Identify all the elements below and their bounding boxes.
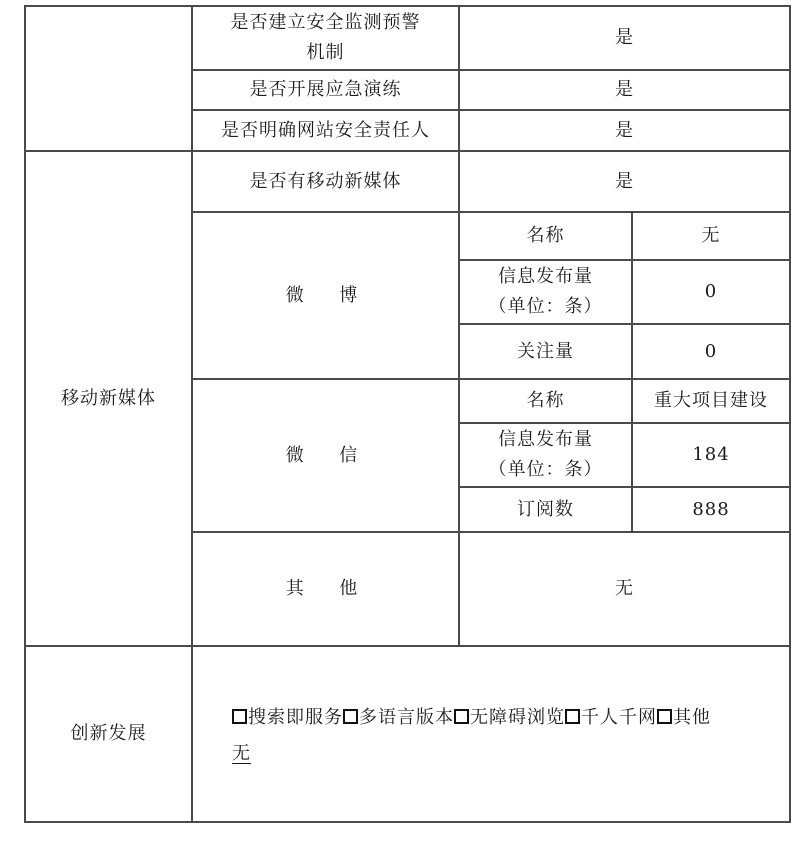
- question-text: 是否明确网站安全责任人: [221, 116, 430, 146]
- field-value: 0: [705, 277, 717, 307]
- wechat-posts-value: 184: [633, 424, 789, 486]
- option-multilingual[interactable]: 多语言版本: [343, 707, 454, 728]
- field-label-line2: （单位：条）: [489, 455, 603, 485]
- option-label: 多语言版本: [359, 707, 454, 728]
- section-label-text: 创新发展: [71, 719, 147, 749]
- answer-text: 是: [615, 23, 634, 53]
- answer-text: 是: [615, 116, 634, 146]
- field-label-line1: 信息发布量: [498, 425, 593, 455]
- other-media-label: 其 他: [193, 533, 458, 645]
- has-mobile-media-question: 是否有移动新媒体: [193, 152, 458, 211]
- weibo-label: 微 博: [193, 213, 458, 378]
- field-label: 关注量: [517, 337, 574, 367]
- has-mobile-media-answer: 是: [460, 152, 789, 211]
- field-label-line1: 信息发布量: [498, 262, 593, 292]
- weibo-followers-label: 关注量: [460, 325, 631, 378]
- weibo-name-value: 无: [633, 213, 789, 259]
- field-label: 名称: [527, 221, 565, 251]
- field-value: 184: [692, 440, 729, 470]
- field-value: 无: [702, 221, 721, 251]
- option-accessibility[interactable]: 无障碍浏览: [454, 707, 565, 728]
- option-label: 搜索即服务: [248, 707, 343, 728]
- security-answer-monitoring: 是: [460, 7, 789, 69]
- checkbox-icon[interactable]: [565, 709, 580, 724]
- other-media-value: 无: [460, 533, 789, 645]
- checkbox-icon[interactable]: [454, 709, 469, 724]
- question-text: 是否开展应急演练: [250, 75, 402, 105]
- wechat-posts-label: 信息发布量 （单位：条）: [460, 424, 631, 486]
- wechat-name-label: 名称: [460, 380, 631, 422]
- question-text-line1: 是否建立安全监测预警: [231, 8, 421, 38]
- answer-text: 是: [615, 167, 634, 197]
- wechat-subscribers-label: 订阅数: [460, 488, 631, 531]
- security-answer-responsible-person: 是: [460, 111, 789, 150]
- option-search-as-service[interactable]: 搜索即服务: [232, 707, 343, 728]
- question-text-line2: 机制: [307, 38, 345, 68]
- security-question-responsible-person: 是否明确网站安全责任人: [193, 111, 458, 150]
- question-text: 是否有移动新媒体: [250, 167, 402, 197]
- weibo-name-label: 名称: [460, 213, 631, 259]
- checkbox-icon[interactable]: [343, 709, 358, 724]
- checkbox-icon[interactable]: [232, 709, 247, 724]
- other-text-field[interactable]: 无: [232, 743, 251, 764]
- field-label: 名称: [527, 386, 565, 416]
- wechat-label-text: 微 信: [286, 441, 365, 471]
- option-other[interactable]: 其他: [657, 707, 711, 728]
- wechat-subscribers-value: 888: [633, 488, 789, 531]
- weibo-followers-value: 0: [633, 325, 789, 378]
- option-personalized[interactable]: 千人千网: [565, 707, 657, 728]
- wechat-name-value: 重大项目建设: [633, 380, 789, 422]
- other-label-text: 其 他: [286, 574, 365, 604]
- option-label: 其他: [673, 707, 711, 728]
- mobile-media-section-label: 移动新媒体: [26, 152, 191, 645]
- field-label: 订阅数: [517, 495, 574, 525]
- innovation-section-label: 创新发展: [26, 647, 191, 821]
- weibo-posts-value: 0: [633, 261, 789, 323]
- innovation-options: 搜索即服务多语言版本无障碍浏览千人千网其他 无: [232, 700, 792, 772]
- field-value: 0: [705, 337, 717, 367]
- weibo-label-text: 微 博: [286, 281, 365, 311]
- security-answer-drill: 是: [460, 71, 789, 109]
- option-label: 千人千网: [581, 707, 657, 728]
- checkbox-icon[interactable]: [657, 709, 672, 724]
- section-label-text: 移动新媒体: [61, 384, 156, 414]
- field-value: 重大项目建设: [654, 386, 768, 416]
- security-question-monitoring: 是否建立安全监测预警 机制: [193, 7, 458, 69]
- other-value-text: 无: [615, 574, 634, 604]
- security-question-drill: 是否开展应急演练: [193, 71, 458, 109]
- wechat-label: 微 信: [193, 380, 458, 531]
- weibo-posts-label: 信息发布量 （单位：条）: [460, 261, 631, 323]
- answer-text: 是: [615, 75, 634, 105]
- option-label: 无障碍浏览: [470, 707, 565, 728]
- field-label-line2: （单位：条）: [489, 292, 603, 322]
- field-value: 888: [692, 495, 729, 525]
- table-border-bottom: [24, 821, 791, 823]
